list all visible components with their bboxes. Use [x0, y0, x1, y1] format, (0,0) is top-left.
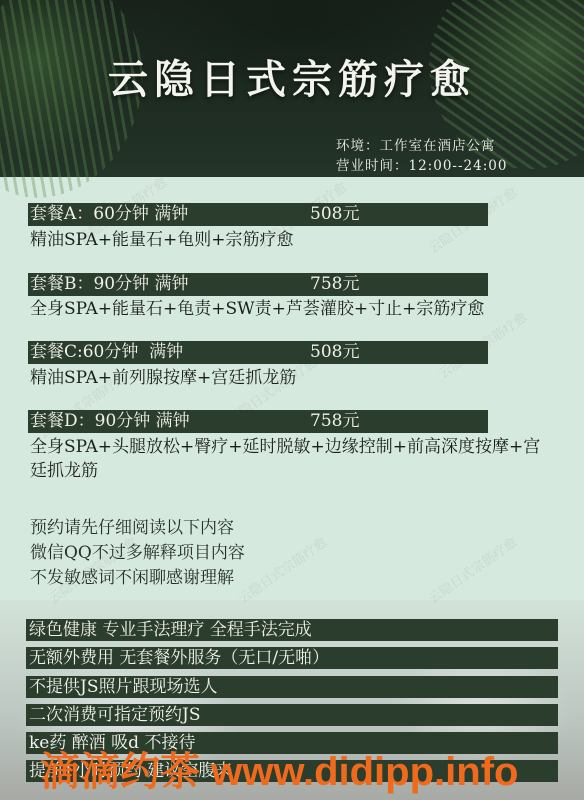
package-a-description: 精油SPA+能量石+龟则+宗筋疗愈 [30, 228, 560, 252]
business-hours: 营业时间：12:00--24:00 [336, 154, 568, 174]
notice-line: 微信QQ不过多解释项目内容 [30, 541, 245, 565]
notice-line: 不发敏感词不闲聊感谢理解 [30, 566, 234, 590]
package-label: 套餐C:60分钟 满钟 [30, 341, 183, 364]
package-b-header: 套餐B：90分钟 满钟 758元 [28, 273, 488, 296]
watermark: 云隐日式宗筋疗愈 [234, 532, 330, 607]
rule-bar: 二次消费可指定预约JS [26, 704, 558, 726]
rule-bar: 绿色健康 专业手法理疗 全程手法完成 [26, 619, 558, 641]
notice-line: 预约请先仔细阅读以下内容 [30, 516, 234, 540]
promo-watermark: 滴滴约茶 www.didipp.info [40, 740, 518, 797]
package-price: 508元 [310, 203, 359, 226]
package-b-description: 全身SPA+能量石+龟责+SW责+芦荟灌胶+寸止+宗筋疗愈 [30, 297, 560, 321]
package-d-description: 全身SPA+头腿放松+臀疗+延时脱敏+边缘控制+前高深度按摩+宫廷抓龙筋 [30, 435, 555, 483]
environment-info: 环境：工作室在酒店公寓 [336, 134, 568, 154]
header-banner: 云隐日式宗筋疗愈 环境：工作室在酒店公寓 营业时间：12:00--24:00 [0, 0, 584, 177]
package-label: 套餐D：90分钟 满钟 [30, 410, 190, 433]
rule-bar: 不提供JS照片跟现场选人 [26, 676, 558, 698]
rule-bar: 无额外费用 无套餐外服务（无口/无啪） [26, 647, 558, 669]
package-price: 758元 [310, 410, 359, 433]
watermark: 云隐日式宗筋疗愈 [424, 532, 520, 607]
package-c-description: 精油SPA+前列腺按摩+宫廷抓龙筋 [30, 366, 560, 390]
package-a-header: 套餐A：60分钟 满钟 508元 [28, 203, 488, 226]
package-label: 套餐B：90分钟 满钟 [30, 273, 189, 296]
package-price: 758元 [310, 273, 359, 296]
page-title: 云隐日式宗筋疗愈 [0, 48, 584, 105]
package-label: 套餐A：60分钟 满钟 [30, 203, 188, 226]
package-price: 508元 [310, 341, 359, 364]
package-d-header: 套餐D：90分钟 满钟 758元 [28, 410, 488, 433]
package-c-header: 套餐C:60分钟 满钟 508元 [28, 341, 488, 364]
